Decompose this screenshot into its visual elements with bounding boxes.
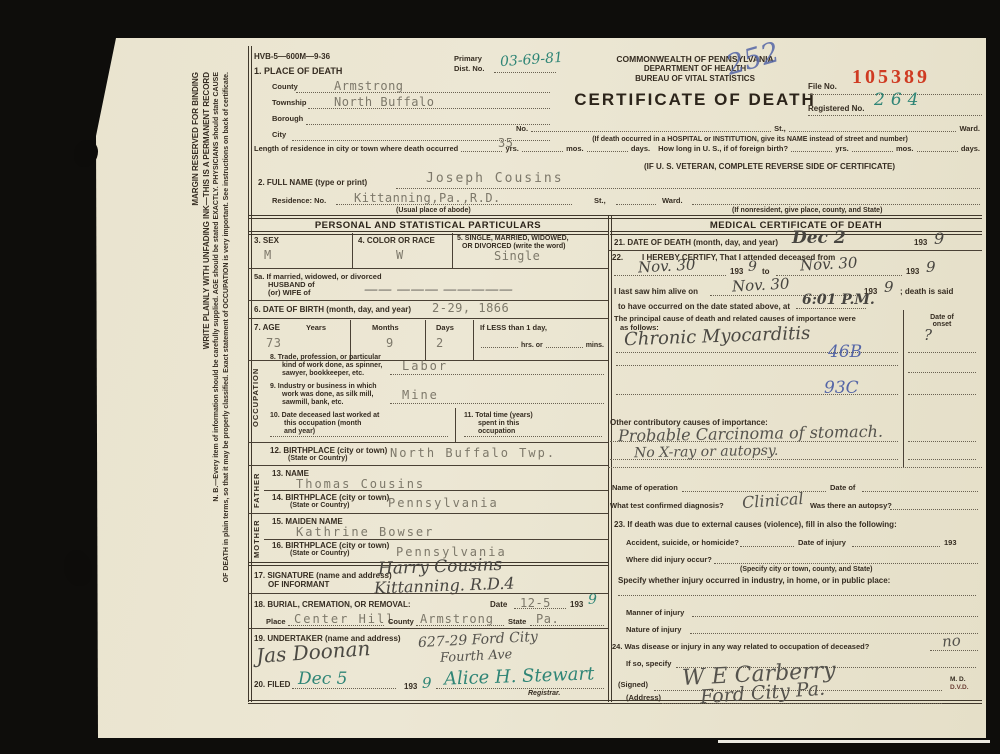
burial-year-printed: 193 — [570, 600, 583, 609]
residence-ward-label: Ward. — [662, 196, 683, 205]
city-label: City — [272, 130, 286, 139]
onset-line-4 — [908, 441, 976, 442]
veteran-note: (IF U. S. VETERAN, COMPLETE REVERSE SIDE… — [644, 162, 895, 171]
father-birthplace-value: Pennsylvania — [388, 496, 499, 510]
burial-date-label: Date — [490, 600, 507, 609]
where-injury-label: Where did injury occur? — [626, 555, 712, 564]
hospital-st-label: St., — [774, 124, 786, 133]
item-22-number: 22. — [612, 253, 623, 262]
dist-no-label: Dist. No. — [454, 64, 484, 73]
death-time-line — [796, 308, 866, 309]
attended-to-date: Nov. 30 — [800, 254, 858, 275]
row-line-10-11 — [248, 442, 608, 443]
nonresident-note: (If nonresident, give place, county, and… — [732, 207, 882, 214]
abode-note: (Usual place of abode) — [396, 207, 471, 214]
row-line-cells — [248, 268, 608, 269]
row-line-15 — [264, 539, 608, 540]
margin-line-4: OF DEATH in plain terms, so that it may … — [222, 72, 232, 728]
test-value: Clinical — [741, 489, 804, 512]
trade-value: Labor — [402, 359, 448, 373]
file-no-value: 105389 — [852, 66, 930, 89]
less-than-day-label: If LESS than 1 day, — [480, 323, 547, 332]
full-name-line — [396, 188, 980, 189]
filed-year-handwritten: 9 — [422, 674, 432, 692]
burial-state-line — [530, 625, 604, 626]
hospital-no-label: No. — [516, 124, 528, 133]
sex-value: M — [264, 248, 272, 262]
last-worked-line — [270, 436, 448, 437]
residence-length-row: Length of residence in city or town wher… — [254, 144, 980, 153]
primary-label: Primary — [454, 54, 482, 63]
manner-label: Manner of injury — [626, 608, 684, 617]
total-time-label-3: occupation — [478, 428, 515, 435]
dob-label: 6. DATE OF BIRTH (month, day, and year) — [254, 305, 411, 314]
attended-from-line — [614, 275, 726, 276]
onset-label-2: onset — [906, 321, 978, 328]
onset-line-2 — [908, 372, 976, 373]
filed-date-line — [292, 688, 396, 689]
contributory-line-2 — [610, 459, 898, 460]
nature-line — [690, 633, 978, 634]
burial-label: 18. BURIAL, CREMATION, OR REMOVAL: — [254, 600, 411, 609]
age-days-label: Days — [436, 323, 454, 332]
dob-value: 2-29, 1866 — [432, 301, 509, 315]
trade-label-2: kind of work done, as spinner, — [282, 362, 382, 369]
cause-line-3 — [616, 394, 898, 395]
principal-cause-label-1: The principal cause of death and related… — [614, 314, 856, 323]
burial-state-label: State — [508, 617, 526, 626]
onset-value: ? — [924, 326, 932, 344]
left-column-heading: PERSONAL AND STATISTICAL PARTICULARS — [248, 220, 608, 231]
hospital-note: (If death occurred in a HOSPITAL or INST… — [520, 136, 980, 143]
registrar-signature: Alice H. Stewart — [444, 663, 595, 689]
external-causes-label: 23. If death was due to external causes … — [614, 520, 897, 529]
name-section-divider — [248, 215, 982, 219]
autopsy-label: Was there an autopsy? — [810, 501, 892, 510]
place-of-death-heading: 1. PLACE OF DEATH — [254, 66, 342, 76]
commonwealth-line: COMMONWEALTH OF PENNSYLVANIA — [560, 54, 830, 64]
birthplace-label: 12. BIRTHPLACE (city or town) — [270, 446, 387, 455]
industry-label-3: sawmill, bank, etc. — [282, 399, 343, 406]
injury-date-label: Date of injury — [798, 538, 846, 547]
county-label: County — [272, 82, 298, 91]
total-time-label-1: 11. Total time (years) — [464, 412, 533, 419]
birthplace-value: North Buffalo Twp. — [390, 446, 556, 460]
onset-header: Date of onset — [906, 314, 978, 328]
age-months-value: 9 — [386, 336, 394, 350]
certificate-title: CERTIFICATE OF DEATH — [560, 90, 830, 110]
test-label: What test confirmed diagnosis? — [610, 501, 724, 510]
filed-year-printed: 193 — [404, 682, 417, 691]
birthplace-state-note: (State or Country) — [288, 455, 348, 462]
file-no-label: File No. — [808, 82, 837, 91]
township-line — [308, 108, 550, 109]
bureau-line: BUREAU OF VITAL STATISTICS — [560, 74, 830, 84]
date-of-death-value: Dec 2 — [792, 228, 846, 248]
race-value: W — [396, 248, 404, 262]
death-time-value: 6:01 P.M. — [802, 292, 875, 308]
burial-county-line — [416, 625, 504, 626]
hrs-mins-row: hrs. or mins. — [478, 342, 604, 349]
mos-label: mos. — [566, 144, 584, 153]
dist-no-value: 03-69-81 — [500, 50, 564, 70]
age-months-label: Months — [372, 323, 399, 332]
agency-block: COMMONWEALTH OF PENNSYLVANIA DEPARTMENT … — [560, 54, 830, 84]
date-of-death-label: 21. DATE OF DEATH (month, day, and year) — [614, 238, 778, 247]
signed-label: (Signed) — [618, 680, 648, 689]
burial-place-line — [288, 625, 384, 626]
occupation-related-line — [930, 650, 978, 651]
row-line-17 — [248, 593, 608, 594]
full-name-label: 2. FULL NAME (type or print) — [258, 178, 367, 187]
row-line-6 — [248, 318, 608, 319]
registrar-line — [436, 688, 604, 689]
margin-line-3: N. B.—Every item of information should b… — [212, 72, 222, 728]
specify-injury-label: Specify whether injury occurred in indus… — [618, 576, 890, 585]
where-injury-line — [714, 563, 978, 564]
onset-label-1: Date of — [906, 314, 978, 321]
industry-label-2: work was done, as silk mill, — [282, 391, 373, 398]
industry-value: Mine — [402, 388, 439, 402]
margin-line-1: MARGIN RESERVED FOR BINDING — [190, 72, 201, 728]
injury-year-printed: 193 — [944, 538, 957, 547]
where-injury-note: (Specify city or town, county, and State… — [740, 566, 873, 573]
father-side-label: FATHER — [252, 467, 261, 513]
mins-label: mins. — [586, 342, 604, 349]
margin-line-2: WRITE PLAINLY WITH UNFADING INK—THIS IS … — [201, 72, 212, 728]
nature-label: Nature of injury — [626, 625, 681, 634]
binding-margin-text: MARGIN RESERVED FOR BINDING WRITE PLAINL… — [190, 72, 246, 728]
mother-side-label: MOTHER — [252, 515, 261, 562]
occurred-label: to have occurred on the date stated abov… — [618, 302, 790, 311]
race-label: 4. COLOR OR RACE — [358, 236, 435, 245]
form-number: HVB-5—600M—9-36 — [254, 52, 330, 61]
age-years-value: 73 — [266, 336, 281, 350]
burial-state-value: Pa. — [536, 612, 559, 626]
yrs-label: yrs. — [505, 144, 518, 153]
age-divider-3 — [473, 320, 474, 360]
burial-place-label: Place — [266, 617, 286, 626]
county-line — [296, 92, 550, 93]
burial-county-label: County — [388, 617, 414, 626]
days-label: days. — [631, 144, 650, 153]
residence-st-label: St., — [594, 196, 606, 205]
last-worked-label-1: 10. Date deceased last worked at — [270, 412, 379, 419]
to-year-handwritten: 9 — [926, 258, 936, 276]
industry-line — [390, 403, 604, 404]
md-label-2: D.V.D. — [950, 684, 969, 691]
md-label: M. D. — [950, 676, 966, 683]
occupation-side-label: OCCUPATION — [251, 353, 260, 442]
residence-value: Kittanning,Pa.,R.D. — [354, 191, 501, 205]
death-said-label: ; death is said — [900, 287, 953, 296]
cause-section-bottom — [608, 467, 982, 468]
trade-label-1: 8. Trade, profession, or particular — [270, 354, 381, 361]
borough-label: Borough — [272, 114, 303, 123]
onset-line-5 — [908, 459, 976, 460]
how-long-us-label: How long in U. S., if of foreign birth? — [658, 144, 788, 153]
mother-state-note: (State or Country) — [290, 550, 350, 557]
dod-year-handwritten: 9 — [934, 229, 944, 248]
burial-county-value: Armstrong — [420, 612, 494, 626]
informant-label-1: 17. SIGNATURE (name and address) — [254, 571, 392, 580]
microfilm-background: MARGIN RESERVED FOR BINDING WRITE PLAINL… — [0, 0, 1000, 754]
operation-label: Name of operation — [612, 483, 678, 492]
if-so-specify-label: If so, specify — [626, 659, 671, 668]
from-year-handwritten: 9 — [748, 259, 757, 275]
days-label-2: days. — [961, 144, 980, 153]
undertaker-address-2: Fourth Ave — [440, 647, 513, 666]
last-worked-label-3: and year) — [284, 428, 315, 435]
attended-to-line — [776, 275, 902, 276]
cause-code-2: 93C — [824, 378, 859, 398]
residence-ward-line — [692, 204, 980, 205]
trade-label-3: sawyer, bookkeeper, etc. — [282, 370, 364, 377]
injury-date-line — [852, 546, 940, 547]
accident-label: Accident, suicide, or homicide? — [626, 538, 739, 547]
burial-place-value: Center Hill — [294, 612, 395, 626]
registered-no-value: 264 — [874, 90, 924, 110]
spouse-label-3: (or) WIFE of — [268, 288, 311, 297]
industry-label-1: 9. Industry or business in which — [270, 383, 377, 390]
operation-date-label: Date of — [830, 483, 855, 492]
spouse-value: —— ——— ————— — [364, 282, 513, 298]
row-line-12 — [248, 465, 608, 466]
father-birthplace-label: 14. BIRTHPLACE (city or town) — [272, 493, 389, 502]
certificate-paper: MARGIN RESERVED FOR BINDING WRITE PLAINL… — [96, 38, 986, 738]
marital-label-1: 5. SINGLE, MARRIED, WIDOWED, — [457, 235, 569, 242]
hospital-row: No. St., Ward. — [516, 124, 980, 133]
filed-label: 20. FILED — [254, 680, 290, 689]
cause-line-2 — [616, 365, 898, 366]
residence-line — [336, 204, 572, 205]
punch-hole-bottom — [64, 550, 92, 586]
dod-year-printed: 193 — [914, 238, 927, 247]
onset-line-3 — [908, 394, 976, 395]
address-label: (Address) — [626, 693, 661, 702]
punch-hole-top — [74, 140, 98, 167]
total-time-label-2: spent in this — [478, 420, 519, 427]
row-line-13 — [264, 490, 608, 491]
borough-line — [306, 124, 550, 125]
contributory-line-1 — [610, 441, 898, 442]
full-name-value: Joseph Cousins — [426, 171, 564, 186]
informant-label-2: OF INFORMANT — [268, 580, 329, 589]
last-worked-label-2: this occupation (month — [284, 420, 361, 427]
yrs-label-2: yrs. — [835, 144, 848, 153]
dist-no-line — [494, 72, 556, 73]
trade-line — [390, 374, 604, 375]
father-name-value: Thomas Cousins — [296, 477, 425, 491]
total-time-line — [464, 436, 602, 437]
registered-no-line — [808, 115, 982, 116]
residence-st-line — [616, 204, 656, 205]
township-value: North Buffalo — [334, 95, 434, 109]
from-year-printed: 193 — [730, 267, 743, 276]
cell-divider-2 — [452, 233, 453, 268]
marital-value: Single — [494, 249, 540, 263]
autopsy-line — [890, 509, 978, 510]
age-years-label: Years — [306, 323, 326, 332]
cause-code-1: 46B — [828, 342, 862, 362]
burial-year-handwritten: 9 — [588, 592, 597, 608]
registered-no-label: Registered No. — [808, 104, 864, 113]
residence-label: Residence: No. — [272, 196, 326, 205]
microfilm-edge-line — [718, 740, 990, 743]
registrar-label: Registrar. — [528, 690, 560, 697]
department-line: DEPARTMENT OF HEALTH — [560, 64, 830, 74]
row-line-14 — [248, 513, 608, 514]
to-year-printed: 193 — [906, 267, 919, 276]
father-state-note: (State or Country) — [290, 502, 350, 509]
age-divider-2 — [425, 320, 426, 360]
age-label: 7. AGE — [254, 323, 280, 332]
residence-length-label: Length of residence in city or town wher… — [254, 144, 458, 153]
lastsaw-year-handwritten: 9 — [884, 278, 894, 296]
onset-box-border — [903, 310, 904, 467]
occupation-divider — [455, 408, 456, 442]
undertaker-address-1: 627-29 Ford City — [418, 629, 539, 651]
filed-date-value: Dec 5 — [298, 669, 347, 689]
accident-line — [740, 546, 794, 547]
row-line-18 — [248, 628, 608, 629]
county-value: Armstrong — [334, 79, 404, 93]
last-saw-label: I last saw him alive on — [614, 287, 698, 296]
hospital-ward-label: Ward. — [959, 124, 980, 133]
attended-from-date: Nov. 30 — [638, 256, 696, 277]
occupation-related-label: 24. Was disease or injury in any way rel… — [612, 642, 869, 651]
manner-line — [692, 616, 978, 617]
last-saw-date: Nov. 30 — [732, 275, 790, 296]
occupation-related-value: no — [941, 631, 961, 651]
mother-birthplace-label: 16. BIRTHPLACE (city or town) — [272, 541, 389, 550]
row-line-21 — [608, 250, 982, 251]
row-line-5a — [248, 300, 608, 301]
onset-line-1 — [908, 352, 976, 353]
hrs-label: hrs. or — [521, 342, 543, 349]
mother-maiden-value: Kathrine Bowser — [296, 525, 434, 539]
age-days-value: 2 — [436, 336, 444, 350]
specify-injury-line — [618, 595, 976, 596]
township-label: Township — [272, 98, 306, 107]
sex-label: 3. SEX — [254, 236, 279, 245]
cell-divider-1 — [352, 233, 353, 268]
burial-date-line — [514, 608, 566, 609]
operation-date-line — [862, 491, 978, 492]
mos-label-2: mos. — [896, 144, 914, 153]
